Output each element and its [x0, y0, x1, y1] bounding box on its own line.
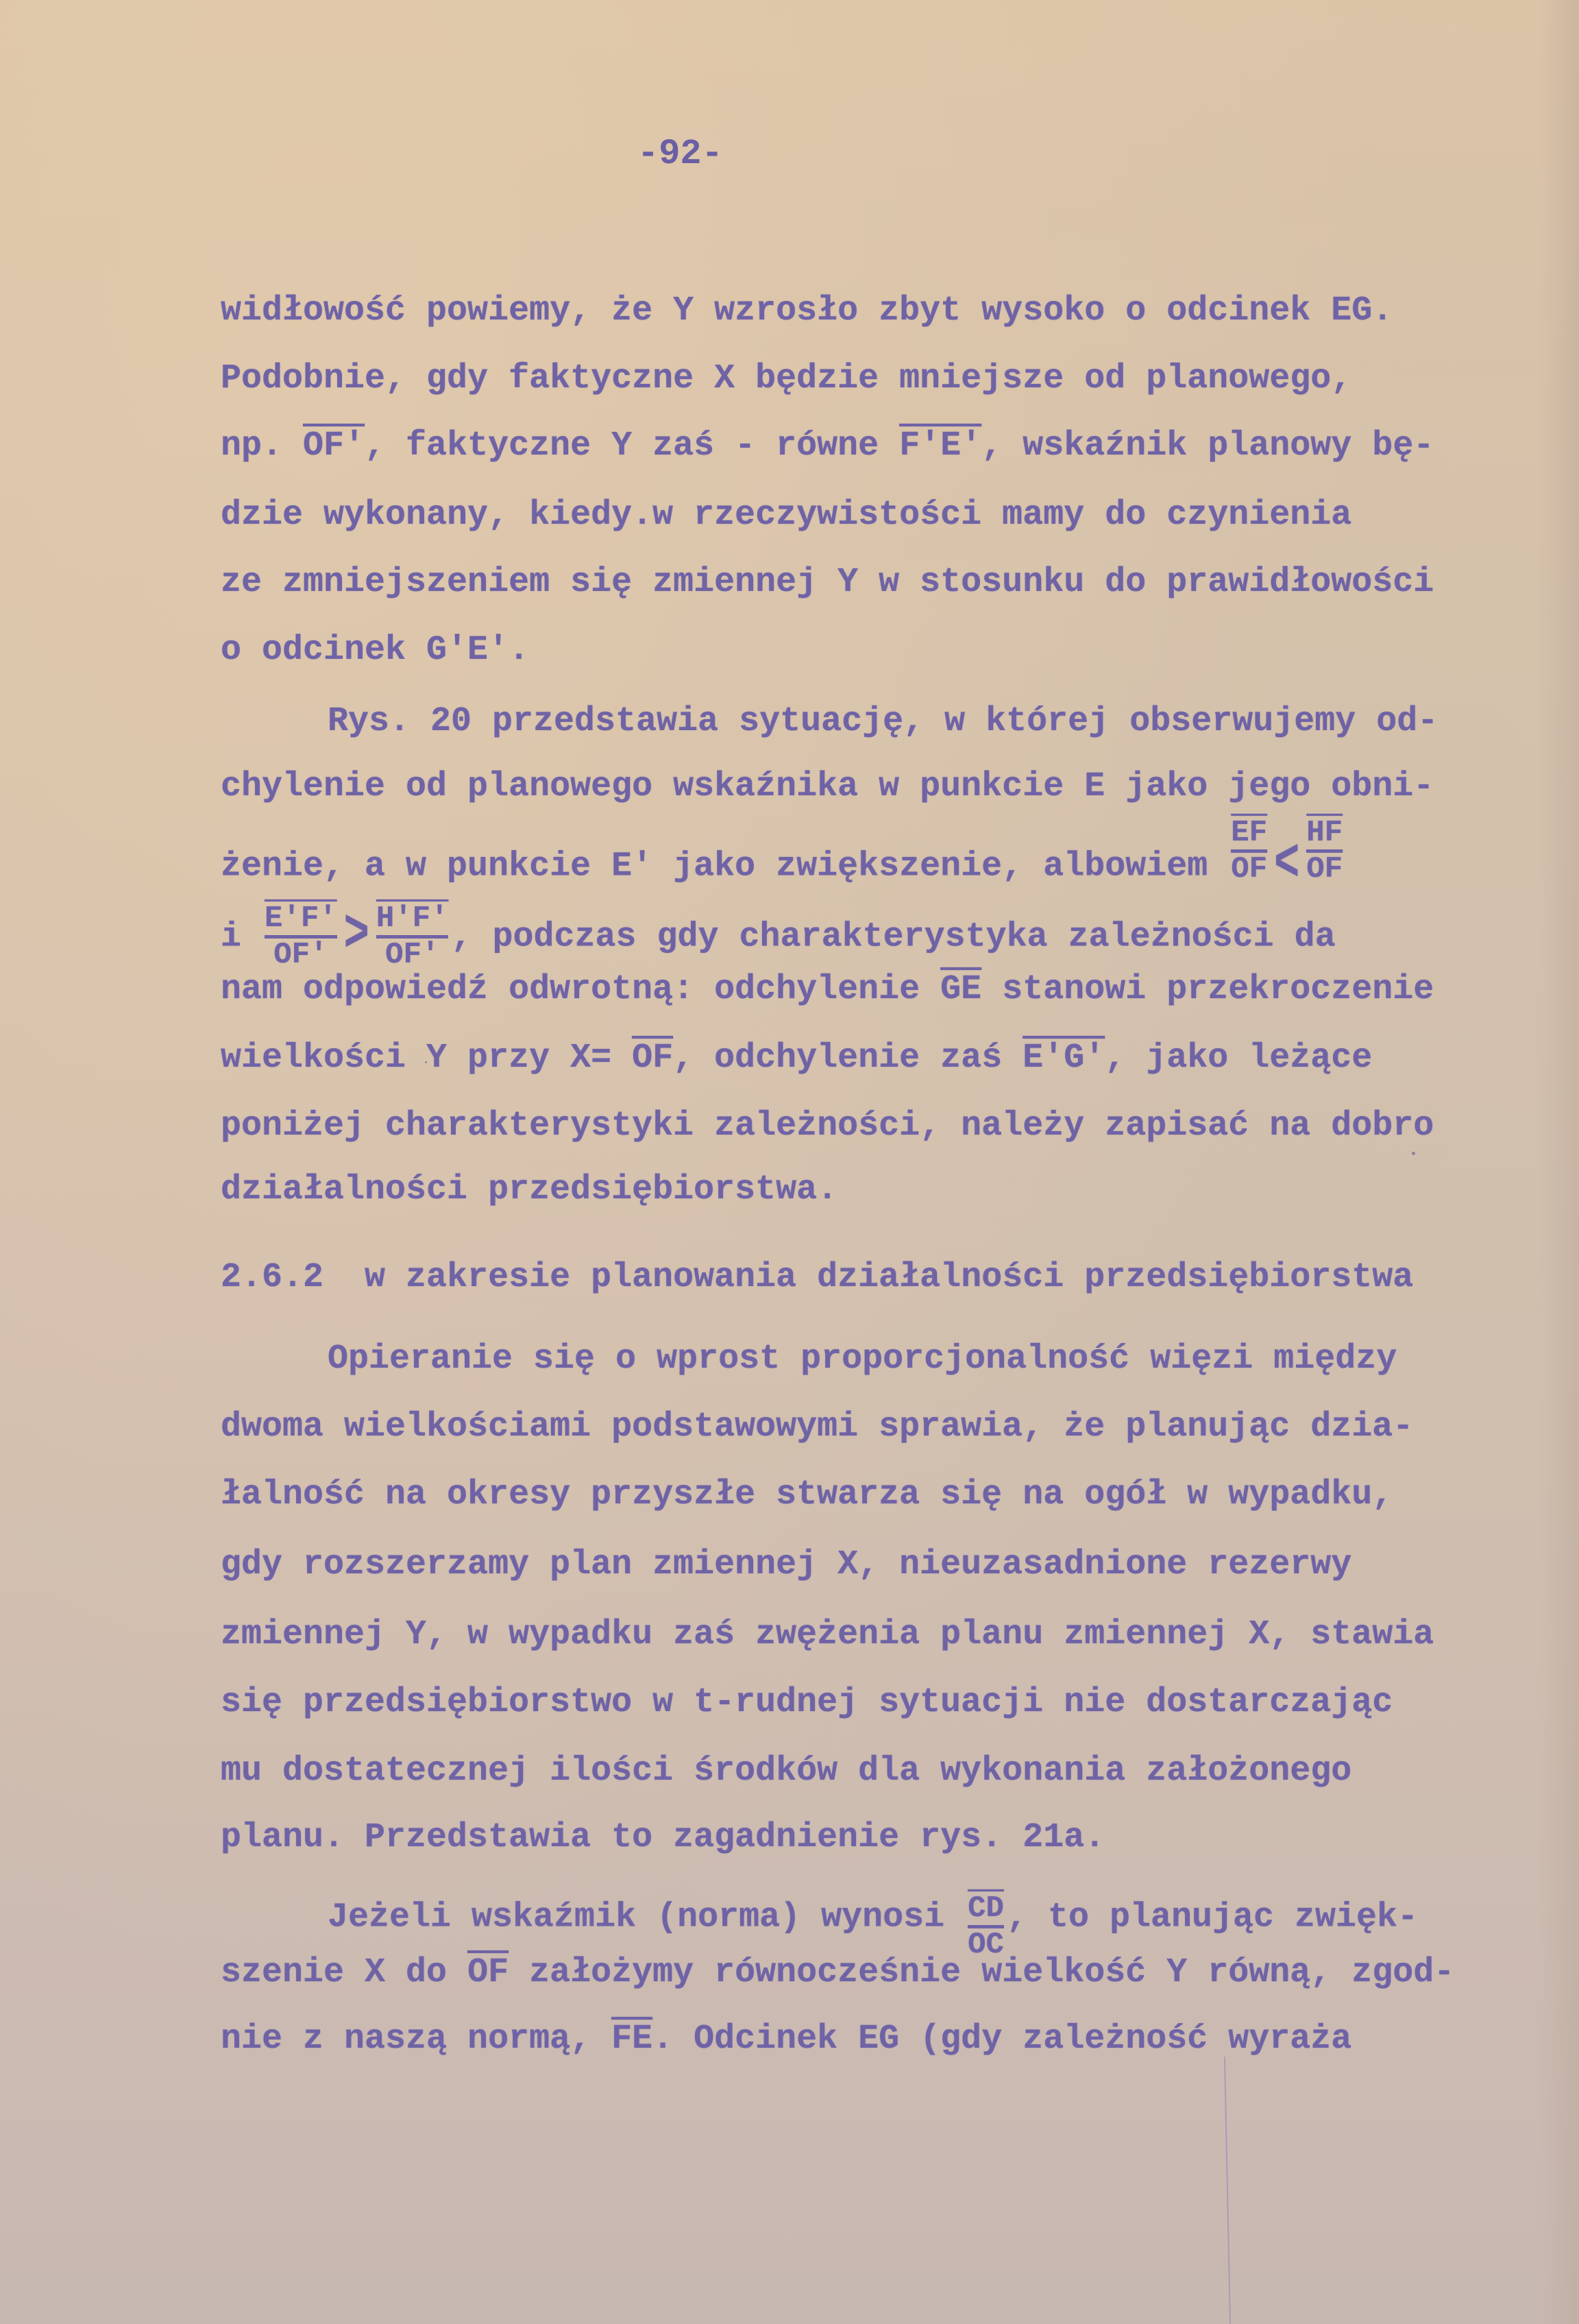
section-number: 2.6.2	[221, 1258, 323, 1297]
text-span: nie z naszą normą,	[221, 2020, 611, 2059]
fraction-denominator: OF	[1306, 853, 1343, 884]
text-line: mu dostatecznej ilości środków dla wykon…	[221, 1751, 1351, 1792]
page-number: -92-	[637, 134, 723, 175]
text-line: gdy rozszerzamy plan zmiennej X, nieuzas…	[221, 1545, 1351, 1586]
fraction-denominator: OF'	[265, 939, 337, 970]
paragraph-start: Rys. 20 przedstawia sytuację, w której o…	[328, 701, 1438, 742]
text-span: , odchylenie zaś	[673, 1039, 1023, 1078]
text-span: żenie, a w punkcie E' jako zwiększenie, …	[221, 847, 1228, 886]
paragraph-start: Jeżeli wskaźmik (norma) wynosi CDOC, to …	[328, 1884, 1418, 1925]
text-line: np. OF', faktyczne Y zaś - równe F'E', w…	[221, 426, 1434, 467]
text-line: poniżej charakterystyki zależności, nale…	[221, 1106, 1434, 1147]
segment-label: OF	[467, 1953, 509, 1992]
section-heading: 2.6.2 w zakresie planowania działalności…	[221, 1257, 1413, 1298]
text-line: i E'F'OF'>H'F'OF', podczas gdy charakter…	[221, 904, 1336, 945]
segment-label: E'G'	[1023, 1039, 1105, 1078]
paper-crease	[1224, 2057, 1231, 2324]
text-span: założymy równocześnie wielkość Y równą, …	[509, 1953, 1454, 1992]
text-line: Podobnie, gdy faktyczne X będzie mniejsz…	[221, 359, 1351, 400]
segment-label: OF	[632, 1039, 673, 1078]
fraction-numerator: H'F'	[376, 904, 449, 939]
text-line: planu. Przedstawia to zagadnienie rys. 2…	[221, 1817, 1105, 1859]
text-line: o odcinek G'E'.	[221, 630, 529, 671]
text-line: ze zmniejszeniem się zmiennej Y w stosun…	[221, 562, 1434, 603]
text-line: dzie wykonany, kiedy.w rzeczywistości ma…	[221, 495, 1351, 536]
text-span: , jako leżące	[1105, 1039, 1372, 1078]
fraction-e'f'-of': E'F'OF'	[265, 904, 337, 970]
text-line: działalności przedsiębiorstwa.	[221, 1170, 837, 1211]
text-line: szenie X do OF założymy równocześnie wie…	[221, 1952, 1454, 1994]
text-line: nam odpowiedź odwrotną: odchylenie GE st…	[221, 969, 1434, 1010]
section-title: w zakresie planowania działalności przed…	[365, 1258, 1413, 1297]
text-line: żenie, a w punkcie E' jako zwiększenie, …	[221, 833, 1345, 874]
text-line: widłowość powiemy, że Y wzrosło zbyt wys…	[221, 291, 1393, 332]
text-span: nam odpowiedź odwrotną: odchylenie	[221, 970, 940, 1009]
greater-than-sign: >	[344, 906, 369, 964]
segment-label: FE	[611, 2020, 652, 2059]
fraction-numerator: E'F'	[265, 904, 337, 939]
text-span: i	[221, 918, 262, 957]
text-line: łalność na okresy przyszłe stwarza się n…	[221, 1475, 1393, 1516]
text-span: , wskaźnik planowy bę-	[981, 426, 1434, 465]
text-line: się przedsiębiorstwo w t-rudnej sytuacji…	[221, 1682, 1393, 1723]
fraction-h'f'-of': H'F'OF'	[376, 904, 449, 970]
fraction-numerator: CD	[968, 1893, 1004, 1928]
ink-speck	[1412, 1152, 1415, 1155]
fraction-hf-of: HFOF	[1306, 818, 1343, 884]
text-span: . Odcinek EG (gdy zależność wyraża	[652, 2020, 1351, 2059]
text-span: szenie X do	[221, 1953, 467, 1992]
text-span: , faktyczne Y zaś - równe	[365, 426, 899, 465]
text-span: Jeżeli wskaźmik (norma) wynosi	[328, 1898, 965, 1937]
text-span: , to planując zwięk-	[1007, 1898, 1418, 1937]
text-span: wielkości Y przy X=	[221, 1039, 632, 1078]
text-line: dwoma wielkościami podstawowymi sprawia,…	[221, 1407, 1413, 1448]
segment-label: F'E'	[899, 426, 981, 465]
text-span: stanowi przekroczenie	[981, 970, 1434, 1009]
page-edge-shadow	[1538, 0, 1579, 2324]
fraction-numerator: EF	[1231, 818, 1267, 853]
paragraph-start: Opieranie się o wprost proporcjonalność …	[328, 1339, 1397, 1380]
fraction-numerator: HF	[1306, 818, 1343, 853]
text-span: , podczas gdy charakterystyka zależności…	[451, 918, 1335, 957]
text-line: wielkości Y przy X= OF, odchylenie zaś E…	[221, 1038, 1372, 1079]
fraction-cd-oc: CDOC	[968, 1893, 1004, 1960]
text-span: np.	[221, 426, 303, 465]
text-line: chylenie od planowego wskaźnika w punkci…	[221, 766, 1434, 808]
fraction-ef-of: EFOF	[1231, 818, 1267, 884]
fraction-denominator: OF'	[376, 939, 449, 970]
fraction-denominator: OF	[1231, 853, 1267, 884]
segment-label: OF'	[303, 426, 365, 465]
text-line: zmiennej Y, w wypadku zaś zwężenia planu…	[221, 1614, 1434, 1656]
text-line: nie z naszą normą, FE. Odcinek EG (gdy z…	[221, 2019, 1351, 2060]
less-than-sign: <	[1274, 836, 1299, 893]
segment-label: GE	[940, 970, 981, 1009]
document-page: -92- widłowość powiemy, że Y wzrosło zby…	[0, 0, 1579, 2324]
